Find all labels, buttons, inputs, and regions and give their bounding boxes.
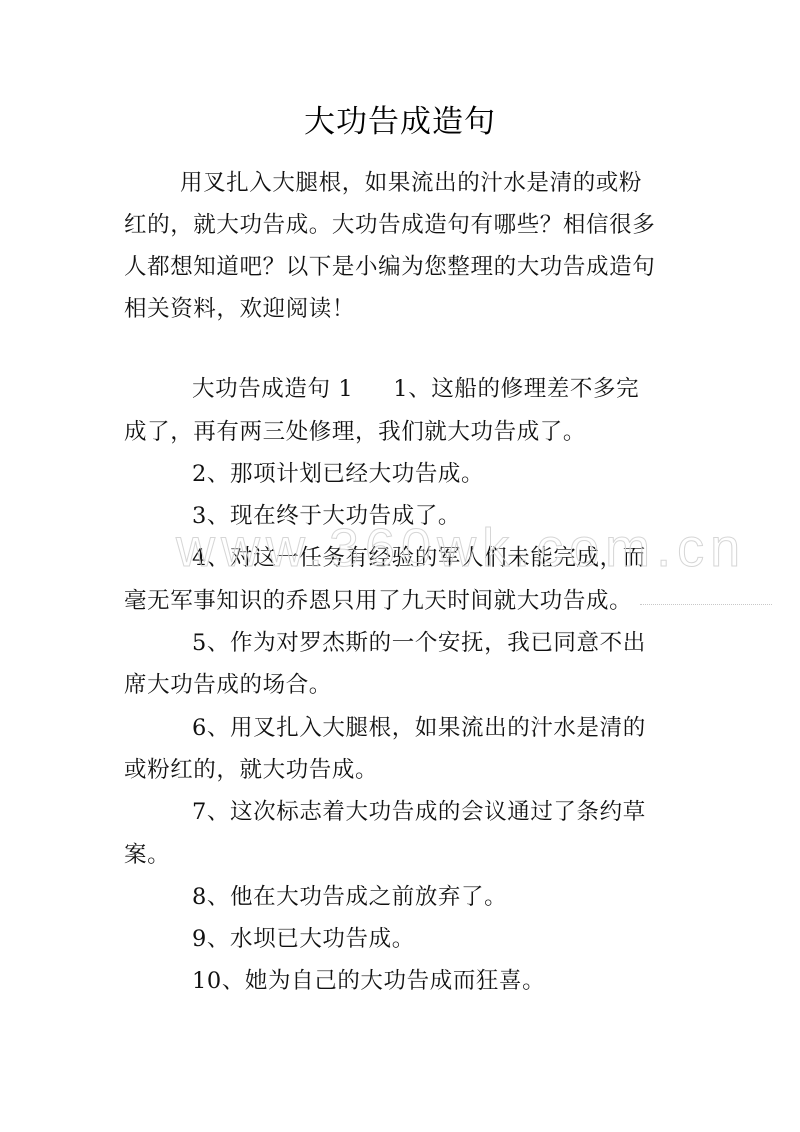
sentence-5-line-1: 5、作为对罗杰斯的一个安抚，我已同意不出 bbox=[192, 628, 646, 658]
sentence-3: 3、现在终于大功告成了。 bbox=[192, 501, 461, 531]
sentence-1-line-1: 1、这船的修理差不多完 bbox=[393, 376, 639, 402]
sentence-4-line-1: 4、对这一任务有经验的军人们未能完成，而 bbox=[192, 543, 646, 573]
sentence-2: 2、那项计划已经大功告成。 bbox=[192, 459, 484, 489]
sentence-4-line-2: 毫无军事知识的乔恩只用了九天时间就大功告成。 bbox=[124, 586, 632, 616]
dotted-rule bbox=[640, 604, 772, 605]
sentence-10: 10、她为自己的大功告成而狂喜。 bbox=[192, 966, 545, 996]
sentence-8: 8、他在大功告成之前放弃了。 bbox=[192, 882, 507, 912]
sentence-7-line-2: 案。 bbox=[124, 840, 170, 870]
sentence-9: 9、水坝已大功告成。 bbox=[192, 924, 415, 954]
intro-line-2: 红的，就大功告成。大功告成造句有哪些？相信很多 bbox=[124, 210, 655, 240]
sentence-6-line-2: 或粉红的，就大功告成。 bbox=[124, 755, 378, 785]
sentence-5-line-2: 席大功告成的场合。 bbox=[124, 670, 332, 700]
sentence-6-line-1: 6、用叉扎入大腿根，如果流出的汁水是清的 bbox=[192, 713, 646, 743]
intro-line-1: 用叉扎入大腿根，如果流出的汁水是清的或粉 bbox=[180, 168, 642, 198]
intro-line-4: 相关资料，欢迎阅读！ bbox=[124, 294, 355, 324]
sentence-1-line-2: 成了，再有两三处修理，我们就大功告成了。 bbox=[124, 417, 586, 447]
document-page: 大功告成造句 用叉扎入大腿根，如果流出的汁水是清的或粉 红的，就大功告成。大功告… bbox=[0, 0, 800, 1132]
intro-line-3: 人都想知道吧？以下是小编为您整理的大功告成造句 bbox=[124, 252, 655, 282]
section-heading-line: 大功告成造句 11、这船的修理差不多完 bbox=[192, 374, 639, 404]
sentence-7-line-1: 7、这次标志着大功告成的会议通过了条约草 bbox=[192, 797, 646, 827]
section-heading: 大功告成造句 1 bbox=[192, 376, 353, 402]
document-title: 大功告成造句 bbox=[0, 96, 800, 141]
